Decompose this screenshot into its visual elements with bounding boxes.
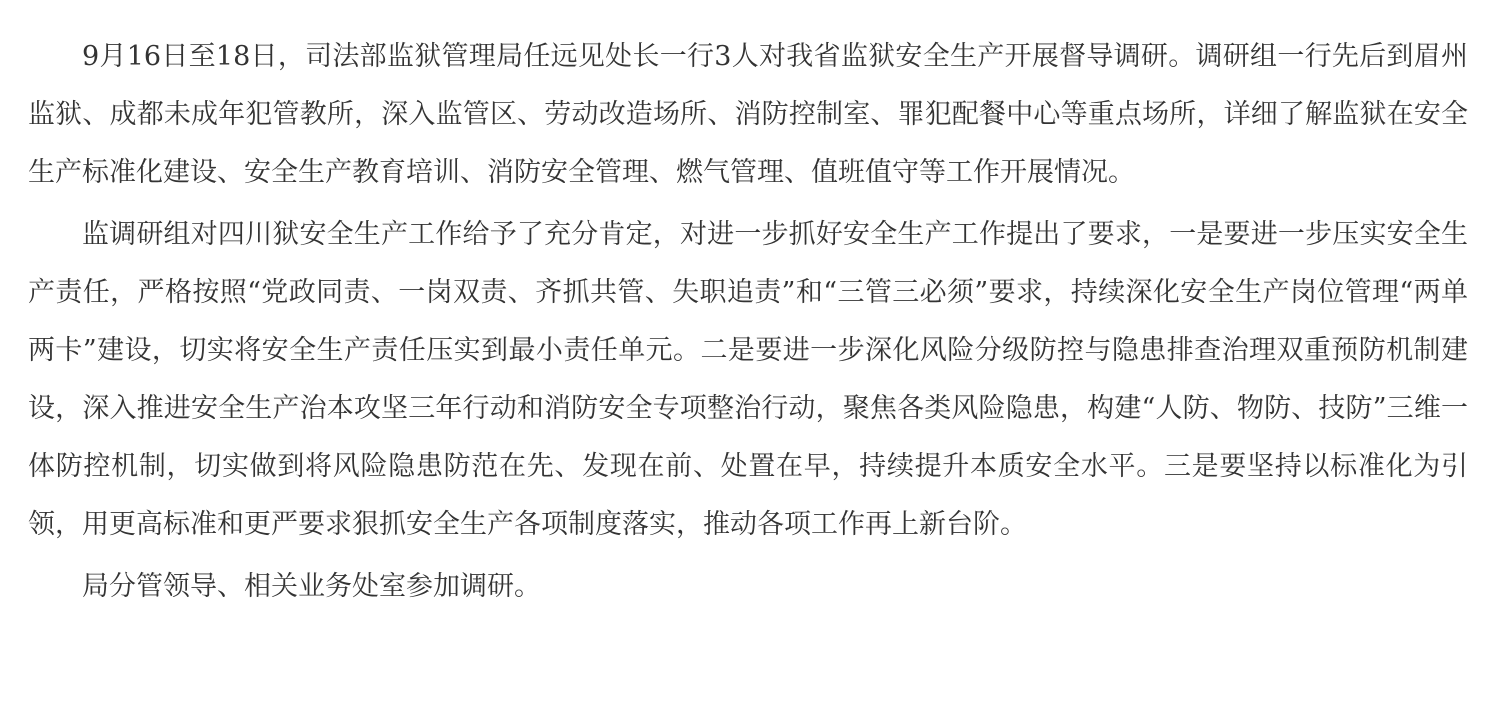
article-body: 9月16日至18日，司法部监狱管理局任远见处长一行3人对我省监狱安全生产开展督导… xyxy=(28,28,1468,620)
paragraph-requirements: 监调研组对四川狱安全生产工作给予了充分肯定，对进一步抓好安全生产工作提出了要求，… xyxy=(28,206,1468,554)
paragraph-attendees: 局分管领导、相关业务处室参加调研。 xyxy=(28,558,1468,616)
paragraph-intro: 9月16日至18日，司法部监狱管理局任远见处长一行3人对我省监狱安全生产开展督导… xyxy=(28,28,1468,202)
